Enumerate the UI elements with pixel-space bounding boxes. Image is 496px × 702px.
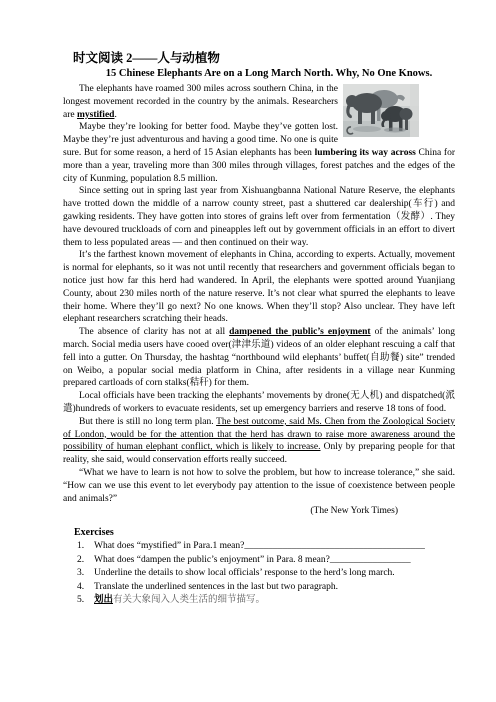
article-paragraph: Local officials have been tracking the e… bbox=[63, 390, 455, 416]
elephant-photo bbox=[343, 84, 419, 137]
source-attribution: (The New York Times) bbox=[63, 505, 455, 518]
exercise-number: 3. bbox=[77, 567, 94, 580]
text-run: dampened the public’s enjoyment bbox=[229, 327, 370, 337]
article-paragraph: The absence of clarity has not at all da… bbox=[63, 326, 455, 390]
exercises-heading: Exercises bbox=[63, 526, 455, 540]
exercise-number: 2. bbox=[77, 554, 94, 567]
exercise-item: 3. Underline the details to show local o… bbox=[63, 567, 455, 580]
article-paragraph: But there is still no long term plan. Th… bbox=[63, 416, 455, 467]
exercise-number: 1. bbox=[77, 540, 94, 553]
article-body: The elephants have roamed 300 miles acro… bbox=[63, 83, 455, 518]
exercise-item: 1. What does “mystified” in Para.1 mean?… bbox=[63, 540, 455, 553]
text-run: 划出 bbox=[94, 595, 113, 605]
text-run: 有关大象闯入人类生活的细节描写。 bbox=[113, 595, 265, 605]
exercise-text: 划出有关大象闯入人类生活的细节描写。 bbox=[94, 594, 455, 607]
exercise-number: 5. bbox=[77, 594, 94, 607]
document-page: 时文阅读 2——人与动植物 15 Chinese Elephants Are o… bbox=[0, 0, 496, 702]
exercise-item: 2. What does “dampen the public’s enjoym… bbox=[63, 554, 455, 567]
article-paragraph: It’s the farthest known movement of elep… bbox=[63, 249, 455, 326]
exercises-section: Exercises 1. What does “mystified” in Pa… bbox=[63, 526, 455, 607]
article-paragraph: Since setting out in spring last year fr… bbox=[63, 185, 455, 249]
exercise-text: What does “mystified” in Para.1 mean?___… bbox=[94, 540, 455, 553]
photo-right-band bbox=[410, 84, 419, 137]
article-headline: 15 Chinese Elephants Are on a Long March… bbox=[63, 66, 455, 81]
exercise-text: Underline the details to show local offi… bbox=[94, 567, 455, 580]
exercise-item: 4. Translate the underlined sentences in… bbox=[63, 581, 455, 594]
text-run: lumbering its way across bbox=[315, 148, 416, 158]
page-title: 时文阅读 2——人与动植物 bbox=[63, 50, 455, 66]
article-paragraph: “What we have to learn is not how to sol… bbox=[63, 467, 455, 505]
text-run: The best outcome, said Ms. Chen from the… bbox=[63, 417, 455, 453]
exercise-item: 5. 划出有关大象闯入人类生活的细节描写。 bbox=[63, 594, 455, 607]
text-run: mystified bbox=[77, 110, 114, 120]
exercise-number: 4. bbox=[77, 581, 94, 594]
elephant-photo-illustration bbox=[343, 84, 419, 137]
exercise-text: What does “dampen the public’s enjoyment… bbox=[94, 554, 455, 567]
exercise-text: Translate the underlined sentences in th… bbox=[94, 581, 455, 594]
